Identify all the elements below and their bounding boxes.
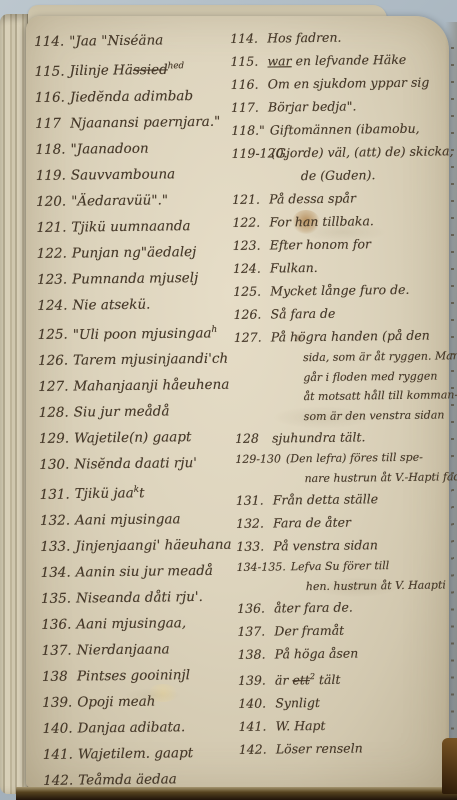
entry-number: 118." bbox=[231, 119, 270, 142]
entry-text-part: "Jaanadoon bbox=[70, 140, 148, 157]
entry-text-part: Nie atsekü. bbox=[72, 296, 150, 313]
entry-text: Synligt bbox=[275, 691, 320, 715]
entry-text: Fulkan. bbox=[270, 256, 318, 280]
entry-number: 116. bbox=[231, 73, 268, 96]
entry-text-part: Sauvvambouna bbox=[71, 166, 176, 183]
entry-row: 141.Wajetilem. gaapt bbox=[43, 739, 243, 767]
book-bottom-edge bbox=[16, 787, 457, 800]
entry-row: 129.Wajetile(n) gaapt bbox=[39, 424, 239, 452]
entry-text-part: Wajetile(n) gaapt bbox=[74, 429, 191, 446]
entry-text: W. Hapt bbox=[275, 714, 325, 738]
entry-row: 122.Punjan ng"äedalej bbox=[37, 238, 237, 266]
entry-text: På dessa spår bbox=[269, 186, 356, 210]
entry-text-part: Mycket långe furo de. bbox=[270, 282, 409, 299]
entry-text-part: de (Guden). bbox=[301, 167, 376, 183]
entry-row: 115.Jilinje Hässiedhed bbox=[34, 53, 234, 85]
entry-text-part: Från detta ställe bbox=[273, 491, 378, 507]
entry-row: 139.Opoji meah bbox=[42, 687, 242, 715]
entry-row: 119.Sauvvambouna bbox=[36, 160, 236, 188]
entry-text: Siu jur meådå bbox=[74, 398, 170, 425]
entry-text-part: h bbox=[211, 324, 217, 334]
entry-number: 139. bbox=[42, 689, 77, 715]
entry-row: 136.åter fara de. bbox=[237, 594, 457, 620]
entry-text: Der framåt bbox=[274, 619, 344, 643]
entry-text: åt motsatt håll till komman- bbox=[303, 385, 457, 406]
entry-text: For han tillbaka. bbox=[269, 209, 374, 233]
entry-text: På högra handen (på den bbox=[271, 324, 430, 349]
entry-number: 137. bbox=[237, 620, 274, 643]
entry-row: 125."Uli poon mjusingaah bbox=[38, 316, 238, 348]
entry-row: 137.Der framåt bbox=[237, 617, 457, 643]
entry-text: de (Guden). bbox=[301, 163, 376, 187]
entry-text: Tjikü uumnaanda bbox=[71, 213, 190, 240]
entry-row: 122.For han tillbaka. bbox=[232, 208, 454, 234]
entry-text: som är den venstra sidan bbox=[304, 405, 445, 426]
entry-number: 122. bbox=[232, 211, 269, 234]
entry-text-part: (Gjorde) väl, (att) de) skicka, bbox=[271, 143, 454, 160]
entry-text: Jinjenjaangi' häeuhana bbox=[75, 531, 231, 559]
entry-row: de (Guden). bbox=[232, 162, 454, 188]
entry-number: 138 bbox=[42, 663, 77, 689]
entry-number: 114. bbox=[34, 29, 69, 55]
entry-text: Löser renseln bbox=[276, 737, 363, 761]
entry-row: 123.Pumnanda mjuselj bbox=[37, 264, 237, 292]
entry-text-part: en lefvande Häke bbox=[295, 52, 406, 68]
entry-text: Aani mjusingaa bbox=[75, 506, 181, 533]
entry-number: 115. bbox=[230, 50, 267, 73]
entry-row: 119-120.(Gjorde) väl, (att) de) skicka, bbox=[231, 139, 453, 165]
entry-text-part: Tjikü jaa bbox=[75, 485, 134, 502]
entry-number: 137. bbox=[41, 637, 76, 663]
entry-text-part: Jiedĕnda adimbab bbox=[70, 88, 193, 106]
entry-number: 134-135. bbox=[236, 557, 290, 577]
entry-text-part: Börjar bedja". bbox=[268, 98, 357, 114]
entry-row: 138.På höga åsen bbox=[238, 640, 457, 666]
entry-text-part: På venstra sidan bbox=[273, 537, 378, 553]
entry-text-part: Efter honom for bbox=[270, 236, 371, 252]
entry-text: Lefva Su förer till bbox=[291, 556, 390, 577]
entry-text: Aani mjusingaa, bbox=[76, 610, 186, 637]
entry-row: 140.Danjaa adibata. bbox=[42, 713, 242, 741]
entry-text-part: Så fara de bbox=[270, 306, 335, 322]
entry-number: 117 bbox=[35, 110, 70, 136]
entry-row: åt motsatt håll till komman- bbox=[234, 385, 456, 407]
entry-row: som är den venstra sidan bbox=[235, 405, 457, 427]
entry-row: 121.På dessa spår bbox=[232, 185, 454, 211]
entry-number: 134. bbox=[40, 559, 75, 585]
entry-text: Opoji meah bbox=[77, 688, 155, 715]
entry-text-part: som är den venstra sidan bbox=[304, 408, 445, 423]
entry-text-part: Fulkan. bbox=[270, 260, 318, 276]
entry-number: 139. bbox=[238, 669, 275, 692]
entry-row: 132.Fara de åter bbox=[236, 509, 457, 535]
entry-row: 140.Synligt bbox=[238, 689, 457, 715]
entry-text: går i floden med ryggen bbox=[303, 366, 437, 387]
entry-text: "Jaanadoon bbox=[70, 135, 148, 162]
entry-text-part: Teåmda äedaa bbox=[78, 771, 177, 788]
entry-text: Jilinje Hässiedhed bbox=[69, 53, 184, 84]
entry-number: 140. bbox=[42, 715, 77, 741]
entry-row: 114.Hos fadren. bbox=[230, 24, 452, 50]
entry-text: Danjaa adibata. bbox=[77, 714, 185, 741]
entry-row: 121.Tjikü uumnaanda bbox=[36, 212, 236, 240]
notebook-page: 114."Jaa "Niséäna115.Jilinje Hässiedhed1… bbox=[26, 16, 449, 788]
entry-number: 116. bbox=[35, 84, 70, 110]
entry-row: 117.Börjar bedja". bbox=[231, 93, 453, 119]
entry-text-part: På dessa spår bbox=[269, 190, 356, 206]
entry-text: Tarem mjusinjaandi'ch bbox=[73, 346, 228, 374]
entry-text-part: Aani mjusingaa, bbox=[76, 615, 186, 632]
entry-row: 141.W. Hapt bbox=[238, 712, 457, 738]
entry-text: (Den lefra) föres till spe- bbox=[286, 448, 423, 469]
entry-text-part: Giftomännen (ibamobu, bbox=[270, 121, 420, 138]
entry-row: 116.Jiedĕnda adimbab bbox=[35, 82, 235, 110]
entry-text: är ett2 tält bbox=[275, 665, 341, 692]
entry-text: "Jaa "Niséäna bbox=[69, 27, 163, 54]
entry-text-part: Punjan ng"äedalej bbox=[72, 244, 197, 262]
entry-text: Mahanjaanji håeuhena bbox=[73, 372, 229, 400]
entry-text: Från detta ställe bbox=[273, 487, 379, 511]
entry-text: Hos fadren. bbox=[267, 26, 342, 50]
entry-text: Mycket långe furo de. bbox=[270, 278, 410, 303]
entry-text-part: Tjikü uumnaanda bbox=[71, 218, 190, 235]
entry-text-part: På högra handen (på den bbox=[271, 328, 430, 345]
entry-row: 135.Niseanda dåti rju'. bbox=[41, 583, 241, 611]
entry-text-part: Aani mjusingaa bbox=[75, 511, 181, 528]
left-column: 114."Jaa "Niséäna115.Jilinje Hässiedhed1… bbox=[34, 27, 243, 794]
entry-number: 141. bbox=[43, 741, 78, 767]
entry-row: 142.Löser renseln bbox=[239, 735, 457, 761]
entry-text-part: hed bbox=[168, 61, 185, 71]
entry-text: Njaanansi paernjara." bbox=[70, 108, 220, 136]
entry-number: 136. bbox=[237, 597, 274, 620]
entry-number: 122. bbox=[37, 240, 72, 266]
entry-text-part: Siu jur meådå bbox=[74, 403, 170, 420]
entry-text-part: Opoji meah bbox=[77, 693, 155, 710]
entry-row: nare hustrun åt V.-Hapti fad. bbox=[235, 467, 457, 489]
entry-text: Aanin siu jur meadå bbox=[76, 557, 213, 585]
entry-row: 131.Tjikü jaakt bbox=[39, 476, 239, 508]
entry-text: Nie atsekü. bbox=[72, 291, 150, 318]
entry-row: 129-130(Den lefra) föres till spe- bbox=[235, 447, 457, 469]
entry-text-part: Pumnanda mjuselj bbox=[72, 270, 198, 288]
entry-row: 117Njaanansi paernjara." bbox=[35, 108, 235, 136]
entry-number: 114. bbox=[230, 27, 267, 50]
entry-text-part: "Äedaravüü"." bbox=[71, 192, 168, 209]
entry-number: 127. bbox=[234, 326, 271, 349]
entry-number: 125. bbox=[233, 280, 270, 303]
entry-text-part: (Den lefra) föres till spe- bbox=[286, 451, 423, 466]
entry-row: 132.Aani mjusingaa bbox=[40, 505, 240, 533]
entry-number: 126. bbox=[233, 303, 270, 326]
entry-text: På höga åsen bbox=[275, 641, 359, 665]
entry-text-part: ett bbox=[292, 672, 310, 687]
entry-text: Börjar bedja". bbox=[268, 94, 357, 118]
entry-row: 131.Från detta ställe bbox=[236, 486, 457, 512]
entry-text: Efter honom for bbox=[270, 232, 372, 256]
entry-number: 118. bbox=[35, 136, 70, 162]
entry-number: 132. bbox=[40, 507, 75, 533]
entry-text-part: Njaanansi paernjara." bbox=[70, 113, 220, 131]
entry-text-part: Synligt bbox=[275, 695, 320, 711]
entry-text-part: hen. hustrun åt V. Haapti bbox=[306, 578, 446, 593]
entry-text-part: Mahanjaanji håeuhena bbox=[73, 377, 229, 395]
entry-number: 119-120. bbox=[231, 142, 271, 165]
entry-number: 117. bbox=[231, 96, 268, 119]
entry-row: 134.Aanin siu jur meadå bbox=[40, 557, 240, 585]
entry-text-part: är bbox=[275, 672, 293, 687]
entry-text: Wajetilem. gaapt bbox=[78, 740, 193, 767]
entry-text: sida, som är åt ryggen. Man bbox=[303, 346, 457, 367]
book-cover-corner bbox=[442, 738, 457, 794]
entry-number: 124. bbox=[233, 257, 270, 280]
entry-number: 131. bbox=[40, 481, 75, 507]
entry-text-part: går i floden med ryggen bbox=[303, 369, 437, 384]
entry-text-part: Tarem mjusinjaandi'ch bbox=[73, 351, 228, 369]
entry-number: 130. bbox=[39, 452, 74, 478]
entry-text: Nisĕnda daati rju' bbox=[74, 450, 197, 477]
facing-page-edge bbox=[445, 22, 457, 782]
entry-number: 142. bbox=[239, 738, 276, 761]
entry-text-part: På höga åsen bbox=[275, 645, 359, 661]
entry-number: 125. bbox=[38, 322, 73, 348]
entry-row: 127.Mahanjaanji håeuhena bbox=[38, 372, 238, 400]
entry-text: Wajetile(n) gaapt bbox=[74, 424, 192, 451]
entry-text: Pintses gooininjl bbox=[77, 662, 190, 689]
entry-text-part: åter fara de. bbox=[274, 600, 353, 616]
entry-row: går i floden med ryggen bbox=[234, 366, 456, 388]
entry-number: 128. bbox=[39, 400, 74, 426]
entry-row: 116.Om en sjukdom yppar sig bbox=[231, 70, 453, 96]
entry-text-part: Nierdanjaana bbox=[77, 641, 170, 658]
entry-row: 136.Aani mjusingaa, bbox=[41, 609, 241, 637]
entry-row: 124.Fulkan. bbox=[233, 254, 455, 280]
entry-number: 140. bbox=[238, 692, 275, 715]
entry-text-part: Wajetilem. gaapt bbox=[78, 745, 193, 762]
entry-text-part: Löser renseln bbox=[276, 741, 363, 757]
entry-text: Giftomännen (ibamobu, bbox=[270, 117, 420, 142]
entry-text-part: Jilinje Hä bbox=[69, 62, 133, 79]
entry-row: 128sjuhundra tält. bbox=[235, 424, 457, 450]
entry-text: Pumnanda mjuselj bbox=[72, 265, 198, 293]
entry-text-part: sjuhundra tält. bbox=[272, 429, 366, 445]
entry-text-part: Lefva Su förer till bbox=[291, 559, 390, 573]
entry-text: "Uli poon mjusingaah bbox=[73, 316, 218, 347]
entry-number: 129-130 bbox=[235, 449, 286, 469]
entry-number: 136. bbox=[41, 611, 76, 637]
entry-text-part: åt motsatt håll till komman- bbox=[303, 388, 457, 403]
entry-text-part: Nisĕnda daati rju' bbox=[74, 455, 197, 472]
entry-number: 133. bbox=[40, 533, 75, 559]
entry-text-part: Hos fadren. bbox=[267, 30, 341, 46]
entry-text-part: Om en sjukdom yppar sig bbox=[268, 75, 430, 92]
entry-number: 129. bbox=[39, 426, 74, 452]
entry-row: 139.är ett2 tält bbox=[238, 663, 457, 692]
entry-text-part: tält bbox=[315, 672, 341, 687]
entry-row: 125.Mycket långe furo de. bbox=[233, 277, 455, 303]
entry-text-part: Danjaa adibata. bbox=[78, 719, 186, 736]
entry-row: 124.Nie atsekü. bbox=[37, 290, 237, 318]
entry-text-part: Niseanda dåti rju'. bbox=[76, 588, 203, 606]
entry-text-part: Jinjenjaangi' häeuhana bbox=[75, 536, 231, 554]
entry-row: 133.På venstra sidan bbox=[236, 532, 457, 558]
entry-text-part: sida, som är åt ryggen. Man bbox=[303, 349, 457, 364]
entry-number: 133. bbox=[236, 535, 273, 558]
entry-text-part: t bbox=[139, 485, 145, 501]
entry-number: 123. bbox=[37, 266, 72, 292]
entry-text: Punjan ng"äedalej bbox=[72, 239, 197, 267]
entry-number: 127. bbox=[38, 374, 73, 400]
entry-number: 135. bbox=[41, 585, 76, 611]
entry-text-part: Aanin siu jur meadå bbox=[76, 562, 213, 580]
entry-text: Jiedĕnda adimbab bbox=[70, 83, 193, 111]
entry-text: sjuhundra tält. bbox=[272, 425, 366, 449]
entry-text: Niseanda dåti rju'. bbox=[76, 583, 203, 611]
entry-number: 131. bbox=[236, 489, 273, 512]
entry-text-part: For han tillbaka. bbox=[269, 213, 374, 229]
entry-number: 119. bbox=[36, 162, 71, 188]
entry-number: 123. bbox=[233, 234, 270, 257]
entry-text: På venstra sidan bbox=[273, 533, 378, 557]
entry-row: 130.Nisĕnda daati rju' bbox=[39, 450, 239, 478]
entry-text: waren lefvande Häke bbox=[267, 48, 406, 73]
entry-row: 118."Jaanadoon bbox=[35, 134, 235, 162]
entry-text: Tjikü jaakt bbox=[75, 477, 145, 507]
entry-row: 127.På högra handen (på den bbox=[234, 323, 456, 349]
entry-text-part: W. Hapt bbox=[275, 718, 325, 734]
entry-row: sida, som är åt ryggen. Man bbox=[234, 346, 456, 368]
entry-row: 134-135.Lefva Su förer till bbox=[236, 555, 457, 577]
entry-row: 126.Så fara de bbox=[233, 300, 455, 326]
entry-text: Om en sjukdom yppar sig bbox=[268, 71, 430, 96]
entry-text-part: Fara de åter bbox=[273, 515, 351, 531]
entry-number: 124. bbox=[37, 292, 72, 318]
entry-row: 133.Jinjenjaangi' häeuhana bbox=[40, 531, 240, 559]
entry-text: hen. hustrun åt V. Haapti bbox=[306, 575, 446, 596]
entry-text: Sauvvambouna bbox=[71, 161, 176, 188]
entry-row: 123.Efter honom for bbox=[233, 231, 455, 257]
entry-row: 126.Tarem mjusinjaandi'ch bbox=[38, 346, 238, 374]
entry-row: 114."Jaa "Niséäna bbox=[34, 27, 234, 55]
entry-row: 138Pintses gooininjl bbox=[42, 661, 242, 689]
entry-text-part: "Jaa "Niséäna bbox=[69, 32, 163, 49]
entry-text: Fara de åter bbox=[273, 511, 351, 535]
entry-number: 126. bbox=[38, 348, 73, 374]
entry-number: 115. bbox=[34, 58, 69, 84]
entry-number: 141. bbox=[238, 715, 275, 738]
entry-text-part: war bbox=[267, 53, 291, 68]
entry-row: hen. hustrun åt V. Haapti bbox=[237, 575, 457, 597]
entry-row: 128.Siu jur meådå bbox=[39, 398, 239, 426]
entry-text: "Äedaravüü"." bbox=[71, 187, 168, 214]
entry-text: Så fara de bbox=[270, 302, 335, 326]
entry-number: 138. bbox=[238, 643, 275, 666]
entry-number: 120. bbox=[36, 188, 71, 214]
entry-text: åter fara de. bbox=[274, 596, 353, 620]
entry-number: 128 bbox=[235, 427, 272, 450]
entry-number: 121. bbox=[36, 214, 71, 240]
entry-text-part: nare hustrun åt V.-Hapti fad. bbox=[304, 470, 457, 485]
entry-text: Nierdanjaana bbox=[76, 636, 169, 663]
entry-row: 120."Äedaravüü"." bbox=[36, 186, 236, 214]
entry-text: (Gjorde) väl, (att) de) skicka, bbox=[271, 139, 454, 164]
right-column: 114.Hos fadren.115.waren lefvande Häke11… bbox=[230, 24, 457, 761]
manuscript-photo: 114."Jaa "Niséäna115.Jilinje Hässiedhed1… bbox=[0, 0, 457, 800]
entry-row: 118."Giftomännen (ibamobu, bbox=[231, 116, 453, 142]
entry-row: 115.waren lefvande Häke bbox=[230, 47, 452, 73]
entry-text-part: Der framåt bbox=[274, 623, 344, 639]
entry-text-part: Pintses gooininjl bbox=[77, 667, 190, 684]
entry-text-part: ssied bbox=[133, 62, 168, 78]
entry-text: nare hustrun åt V.-Hapti fad. bbox=[304, 467, 457, 488]
entry-number: 121. bbox=[232, 188, 269, 211]
entry-number: 132. bbox=[236, 512, 273, 535]
entry-text-part: "Uli poon mjusingaa bbox=[73, 325, 212, 343]
entry-row: 137.Nierdanjaana bbox=[41, 635, 241, 663]
